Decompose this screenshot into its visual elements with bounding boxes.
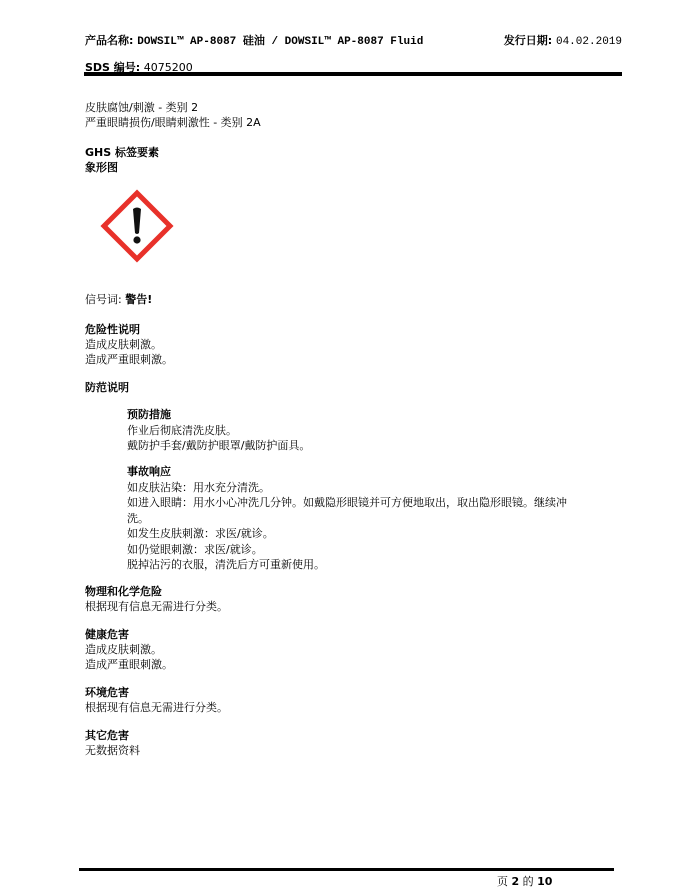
hazard-statements-title: 危险性说明 — [85, 322, 173, 337]
environment-text: 根据现有信息无需进行分类。 — [85, 700, 228, 715]
response-item: 如发生皮肤刺激：求医/就诊。 — [127, 526, 627, 542]
ghs-section: GHS 标签要素 象形图 — [85, 145, 159, 175]
signal-word: 警告! — [125, 293, 152, 306]
product-name: DOWSIL™ AP-8087 硅油 / DOWSIL™ AP-8087 Flu… — [137, 36, 423, 48]
prevention-item: 作业后彻底清洗皮肤。 — [127, 423, 627, 439]
issue-date-header: 发行日期: 04.02.2019 — [504, 32, 622, 48]
signal-word-row: 信号词: 警告! — [85, 292, 152, 307]
environment-title: 环境危害 — [85, 685, 228, 700]
signal-word-label: 信号词: — [85, 293, 122, 306]
physical-chemical-section: 物理和化学危险 根据现有信息无需进行分类。 — [85, 584, 228, 614]
page-prefix: 页 — [497, 875, 508, 888]
health-section: 健康危害 造成皮肤刺激。 造成严重眼刺激。 — [85, 627, 173, 672]
page-total: 10 — [537, 875, 552, 888]
header-divider — [84, 72, 622, 76]
issue-date-label: 发行日期: — [504, 34, 552, 47]
prevention-section: 预防措施 作业后彻底清洗皮肤。 戴防护手套/戴防护眼罩/戴防护面具。 — [127, 407, 627, 454]
health-text: 造成严重眼刺激。 — [85, 657, 173, 672]
classification-list: 皮肤腐蚀/刺激 - 类别 2 严重眼睛损伤/眼睛刺激性 - 类别 2A — [85, 100, 261, 130]
ghs-title: GHS 标签要素 — [85, 145, 159, 160]
product-name-header: 产品名称: DOWSIL™ AP-8087 硅油 / DOWSIL™ AP-80… — [85, 32, 423, 48]
exclamation-mark-pictogram-icon — [100, 189, 174, 263]
response-title: 事故响应 — [127, 464, 627, 480]
page-of: 的 — [523, 875, 534, 888]
page-number: 页 2 的 10 — [497, 873, 552, 889]
precautionary-title: 防范说明 — [85, 380, 129, 395]
health-text: 造成皮肤刺激。 — [85, 642, 173, 657]
response-item: 脱掉沾污的衣服，清洗后方可重新使用。 — [127, 557, 627, 573]
environment-section: 环境危害 根据现有信息无需进行分类。 — [85, 685, 228, 715]
response-item: 洗。 — [127, 511, 627, 527]
classification-item: 严重眼睛损伤/眼睛刺激性 - 类别 2A — [85, 115, 261, 130]
response-item: 如仍觉眼刺激：求医/就诊。 — [127, 542, 627, 558]
precautionary-title-wrap: 防范说明 — [85, 380, 129, 395]
hazard-statement: 造成严重眼刺激。 — [85, 352, 173, 367]
other-hazards-title: 其它危害 — [85, 728, 140, 743]
physical-chemical-title: 物理和化学危险 — [85, 584, 228, 599]
page-current: 2 — [512, 875, 520, 888]
hazard-statement: 造成皮肤刺激。 — [85, 337, 173, 352]
other-hazards-text: 无数据资料 — [85, 743, 140, 758]
pictogram-label: 象形图 — [85, 160, 159, 175]
response-section: 事故响应 如皮肤沾染：用水充分清洗。 如进入眼睛：用水小心冲洗几分钟。如戴隐形眼… — [127, 464, 627, 573]
other-hazards-section: 其它危害 无数据资料 — [85, 728, 140, 758]
physical-chemical-text: 根据现有信息无需进行分类。 — [85, 599, 228, 614]
classification-item: 皮肤腐蚀/刺激 - 类别 2 — [85, 100, 261, 115]
prevention-title: 预防措施 — [127, 407, 627, 423]
response-item: 如皮肤沾染：用水充分清洗。 — [127, 480, 627, 496]
response-item: 如进入眼睛：用水小心冲洗几分钟。如戴隐形眼镜并可方便地取出，取出隐形眼镜。继续冲 — [127, 495, 627, 511]
prevention-item: 戴防护手套/戴防护眼罩/戴防护面具。 — [127, 438, 627, 454]
product-label: 产品名称: — [85, 34, 133, 47]
footer-divider — [79, 868, 614, 871]
issue-date-value: 04.02.2019 — [556, 36, 622, 48]
health-title: 健康危害 — [85, 627, 173, 642]
hazard-statements-section: 危险性说明 造成皮肤刺激。 造成严重眼刺激。 — [85, 322, 173, 367]
